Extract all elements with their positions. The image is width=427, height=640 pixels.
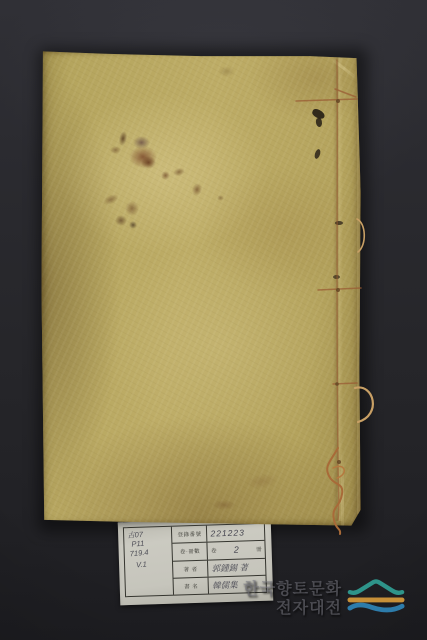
watermark: 한국향토문화 전자대전 [243,580,405,622]
stain [212,500,236,510]
call-number-cell: 古07 P11 719.4 V.1 [124,527,175,596]
photo-background: 古07 P11 719.4 V.1 登錄番號 221223 卷·冊數 卷 2 冊 [0,0,427,640]
stain [141,156,156,169]
watermark-line1: 한국향토문화 [243,580,342,599]
stain [129,221,137,229]
author-value: 郭鍾錫 著 [208,558,265,576]
volume-count: 2 [234,545,239,555]
watermark-text: 한국향토문화 전자대전 [243,580,342,618]
volumes-value: 卷 2 冊 [208,541,265,559]
stain [218,66,235,77]
ink-mark [333,275,340,279]
volume-suffix: 冊 [256,545,262,553]
field-label: 登錄番號 [172,526,207,543]
logo-mountain-shape [350,581,402,592]
field-label: 著 者 [173,560,208,577]
ink-mark [335,221,343,225]
stain [161,171,170,180]
field-label: 書 名 [174,577,209,594]
watermark-line2: 전자대전 [243,599,342,618]
stain [125,201,139,216]
stain [217,195,224,201]
field-label: 卷·冊數 [173,543,208,560]
volume-prefix: 卷 [211,547,217,555]
registration-number-value: 221223 [207,524,264,542]
stain [115,215,127,226]
corner-wrinkle-bottom-right [341,449,344,549]
watermark-logo [347,577,405,622]
book-back-cover [41,49,361,527]
logo-wave-shape [350,605,402,610]
stain [110,146,121,154]
call-number-line: V.1 [128,558,172,570]
